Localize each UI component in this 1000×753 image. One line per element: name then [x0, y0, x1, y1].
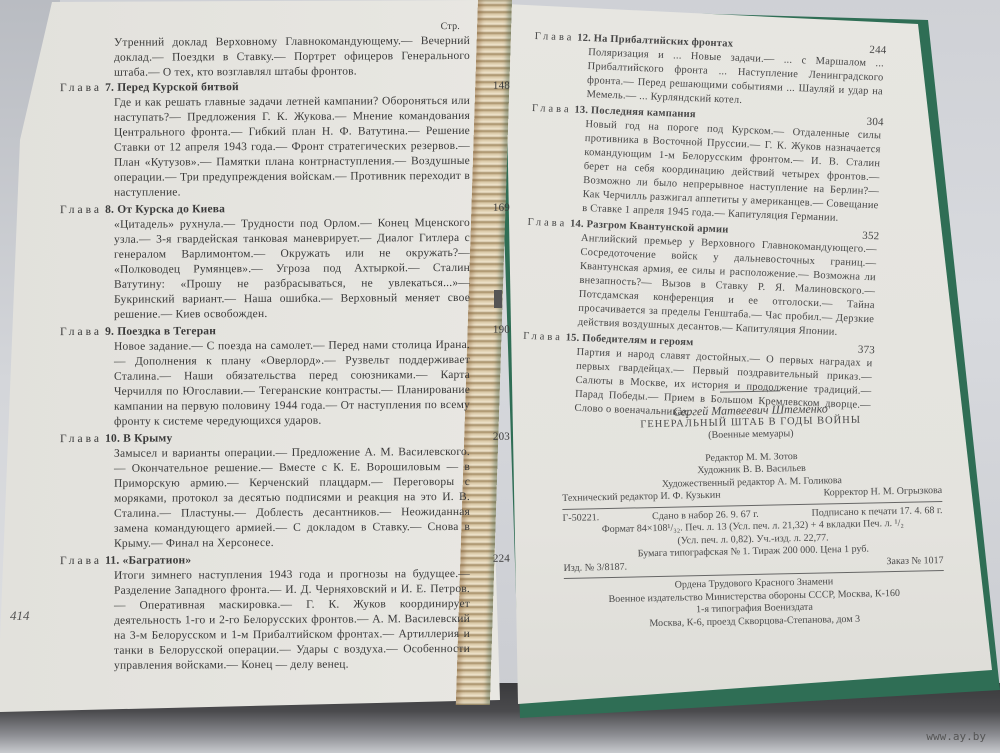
chapter-label: Глава	[527, 217, 567, 230]
left-page-contents: Стр. Утренний доклад Верховному Главноко…	[60, 19, 470, 676]
toc-entry-chapter-11: Глава 11. «Багратион» 224 Итоги зимнего …	[60, 552, 470, 674]
chapter-title: Перед Курской битвой	[117, 81, 239, 94]
chapter-page: 169	[493, 201, 510, 216]
chapter-label: Глава	[60, 82, 102, 94]
toc-entry-chapter-8: Глава 8. От Курска до Киева 169 «Цитадел…	[60, 201, 470, 323]
spine-mark	[494, 290, 502, 308]
chapter-number: 11.	[105, 555, 119, 567]
right-page-contents: Глава 12. На Прибалтийских фронтах 244 П…	[520, 30, 885, 429]
chapter-page: 203	[493, 430, 510, 445]
chapter-title: От Курска до Киева	[117, 203, 225, 216]
toc-entry-chapter-9: Глава 9. Поездка в Тегеран 190 Новое зад…	[60, 323, 470, 430]
chapter-title: В Крыму	[123, 432, 172, 444]
edition-number: Изд. № 3/8187.	[564, 561, 628, 575]
chapter-title: Поездка в Тегеран	[117, 325, 216, 338]
toc-entry-chapter-10: Глава 10. В Крыму 203 Замысел и варианты…	[60, 430, 470, 552]
watermark: www.ay.by	[926, 730, 986, 743]
chapter-number: 13.	[574, 105, 588, 117]
chapter-summary: Новое задание.— С поезда на самолет.— Пе…	[60, 338, 470, 430]
chapter-summary: Замысел и варианты операции.— Предложени…	[60, 445, 470, 552]
chapter-number: 15.	[565, 332, 579, 344]
toc-entry-chapter-12: Глава 12. На Прибалтийских фронтах 244 П…	[532, 30, 884, 113]
chapter-title: «Багратион»	[123, 554, 192, 566]
toc-entry-chapter-14: Глава 14. Разгром Квантунской армии 352 …	[524, 216, 878, 341]
chapter-page: 224	[493, 552, 510, 567]
chapter-number: 8.	[105, 204, 114, 216]
divider	[720, 390, 780, 392]
chapter-label: Глава	[60, 555, 102, 567]
chapter-label: Глава	[532, 103, 572, 116]
chapter-page: 148	[493, 79, 510, 94]
toc-entry-chapter-7: Глава 7. Перед Курской битвой 148 Где и …	[60, 79, 470, 201]
tech-editor-credit: Технический редактор И. Ф. Кузькин	[562, 490, 721, 506]
print-code: Г-50221.	[562, 512, 599, 525]
paper-info: Бумага типографская № 1.	[638, 546, 751, 559]
toc-entry-chapter-13: Глава 13. Последняя кампания 304 Новый г…	[528, 102, 882, 227]
chapter-label: Глава	[523, 331, 563, 344]
colophon: Сергей Матвеевич Штеменко ГЕНЕРАЛЬНЫЙ ШТ…	[560, 387, 945, 632]
chapter-number: 9.	[105, 326, 114, 338]
chapter-label: Глава	[60, 326, 102, 338]
chapter-number: 7.	[105, 82, 114, 94]
page-number: 414	[10, 608, 30, 624]
proofreader-credit: Корректор Н. М. Огрызкова	[823, 485, 942, 500]
chapter-label: Глава	[60, 433, 102, 445]
chapter-label: Глава	[535, 31, 575, 44]
chapter-page: 244	[869, 43, 887, 58]
price: Цена 1 руб.	[820, 544, 869, 556]
book-photo: Стр. Утренний доклад Верховному Главноко…	[0, 0, 1000, 753]
order-number: Заказ № 1017	[886, 555, 943, 569]
chapter-number: 14.	[570, 218, 584, 230]
print-run: Тираж 200 000.	[752, 545, 817, 557]
chapter-summary: «Цитадель» рухнула.— Трудности под Орлом…	[60, 216, 470, 323]
chapter-summary: Где и как решать главные задачи летней к…	[60, 94, 470, 201]
chapter-number: 10.	[105, 433, 120, 445]
chapter-page: 352	[862, 229, 880, 244]
chapter-page: 190	[493, 323, 510, 338]
chapter-number: 12.	[577, 33, 591, 45]
chapter-page: 304	[866, 115, 884, 130]
chapter-summary: Новый год на пороге под Курском.— Отдале…	[528, 116, 882, 227]
chapter-summary: Итоги зимнего наступления 1943 года и пр…	[60, 567, 470, 674]
toc-continuation: Утренний доклад Верховному Главнокоманду…	[60, 34, 470, 81]
chapter-summary: Английский премьер у Верховного Главноко…	[524, 230, 878, 341]
chapter-page: 373	[858, 343, 876, 358]
chapter-label: Глава	[60, 204, 102, 216]
